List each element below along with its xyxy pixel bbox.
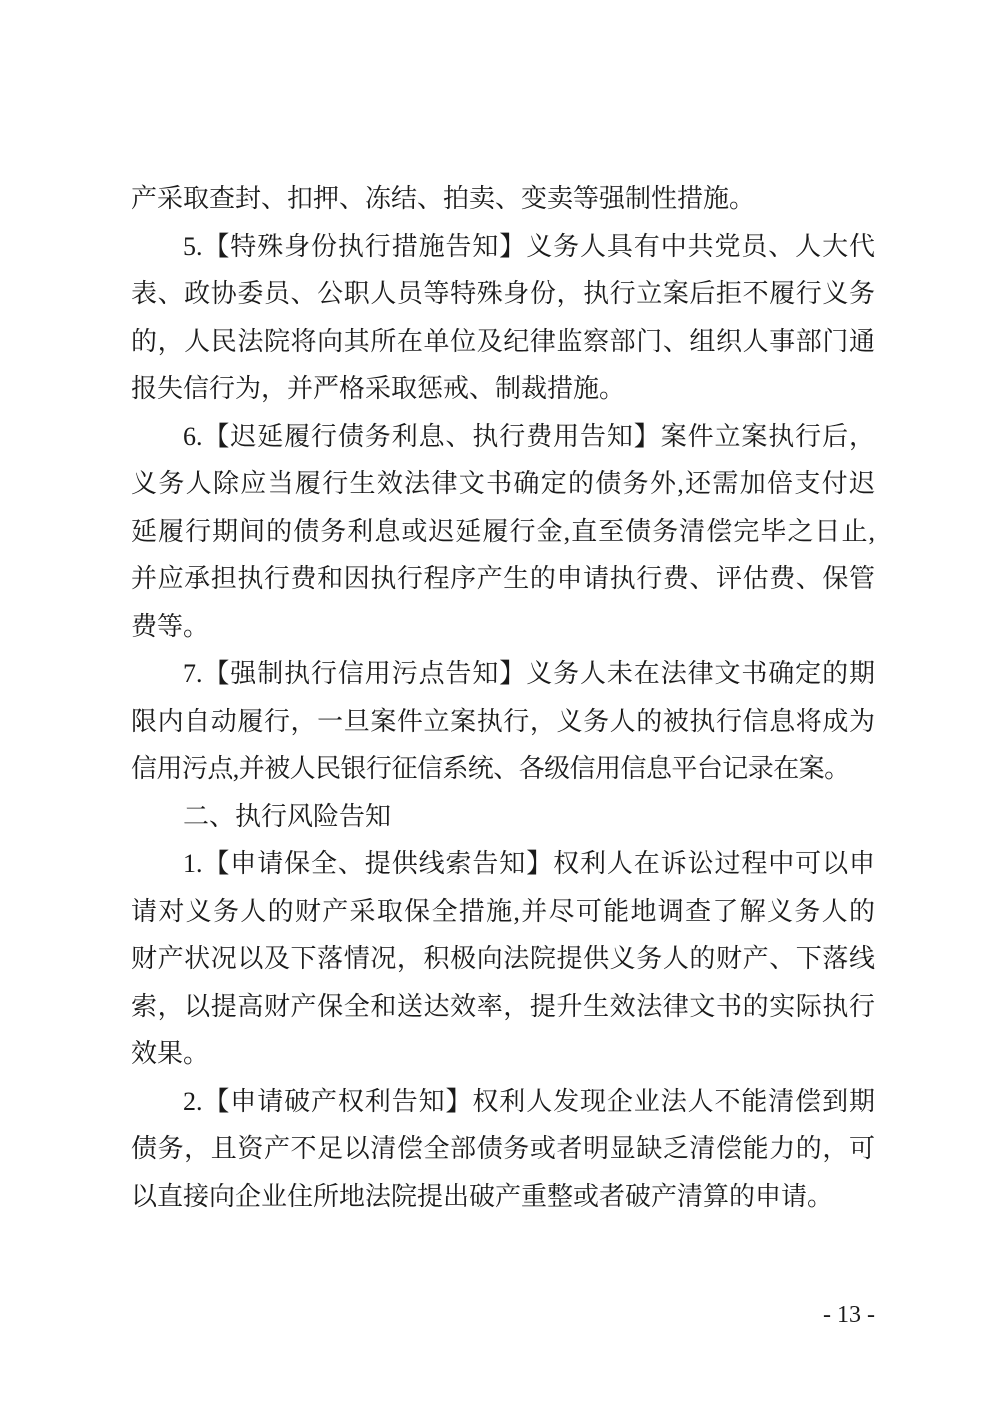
text-line: 财产状况以及下落情况，积极向法院提供义务人的财产、下落线 bbox=[131, 935, 875, 983]
text-line: 1.【申请保全、提供线索告知】权利人在诉讼过程中可以申 bbox=[131, 840, 875, 888]
text-line: 索，以提高财产保全和送达效率，提升生效法律文书的实际执行 bbox=[131, 983, 875, 1031]
text-line: 的，人民法院将向其所在单位及纪律监察部门、组织人事部门通 bbox=[131, 318, 875, 366]
text-line: 表、政协委员、公职人员等特殊身份，执行立案后拒不履行义务 bbox=[131, 270, 875, 318]
text-line: 费等。 bbox=[131, 603, 875, 651]
text-line: 债务，且资产不足以清偿全部债务或者明显缺乏清偿能力的，可 bbox=[131, 1125, 875, 1173]
text-line: 义务人除应当履行生效法律文书确定的债务外,还需加倍支付迟 bbox=[131, 460, 875, 508]
text-line: 5.【特殊身份执行措施告知】义务人具有中共党员、人大代 bbox=[131, 223, 875, 271]
text-line: 效果。 bbox=[131, 1030, 875, 1078]
text-line: 并应承担执行费和因执行程序产生的申请执行费、评估费、保管 bbox=[131, 555, 875, 603]
document-body: 产采取查封、扣押、冻结、拍卖、变卖等强制性措施。5.【特殊身份执行措施告知】义务… bbox=[131, 175, 875, 1220]
document-page: 产采取查封、扣押、冻结、拍卖、变卖等强制性措施。5.【特殊身份执行措施告知】义务… bbox=[0, 0, 999, 1414]
text-line: 报失信行为，并严格采取惩戒、制裁措施。 bbox=[131, 365, 875, 413]
text-line: 请对义务人的财产采取保全措施,并尽可能地调查了解义务人的 bbox=[131, 888, 875, 936]
text-line: 产采取查封、扣押、冻结、拍卖、变卖等强制性措施。 bbox=[131, 175, 875, 223]
text-line: 6.【迟延履行债务利息、执行费用告知】案件立案执行后， bbox=[131, 413, 875, 461]
text-line: 限内自动履行，一旦案件立案执行，义务人的被执行信息将成为 bbox=[131, 698, 875, 746]
text-line: 2.【申请破产权利告知】权利人发现企业法人不能清偿到期 bbox=[131, 1078, 875, 1126]
text-line: 信用污点,并被人民银行征信系统、各级信用信息平台记录在案。 bbox=[131, 745, 875, 793]
text-line: 以直接向企业住所地法院提出破产重整或者破产清算的申请。 bbox=[131, 1173, 875, 1221]
text-line: 延履行期间的债务利息或迟延履行金,直至债务清偿完毕之日止, bbox=[131, 508, 875, 556]
text-line: 7.【强制执行信用污点告知】义务人未在法律文书确定的期 bbox=[131, 650, 875, 698]
page-number: - 13 - bbox=[131, 1300, 875, 1330]
text-line: 二、执行风险告知 bbox=[131, 793, 875, 841]
